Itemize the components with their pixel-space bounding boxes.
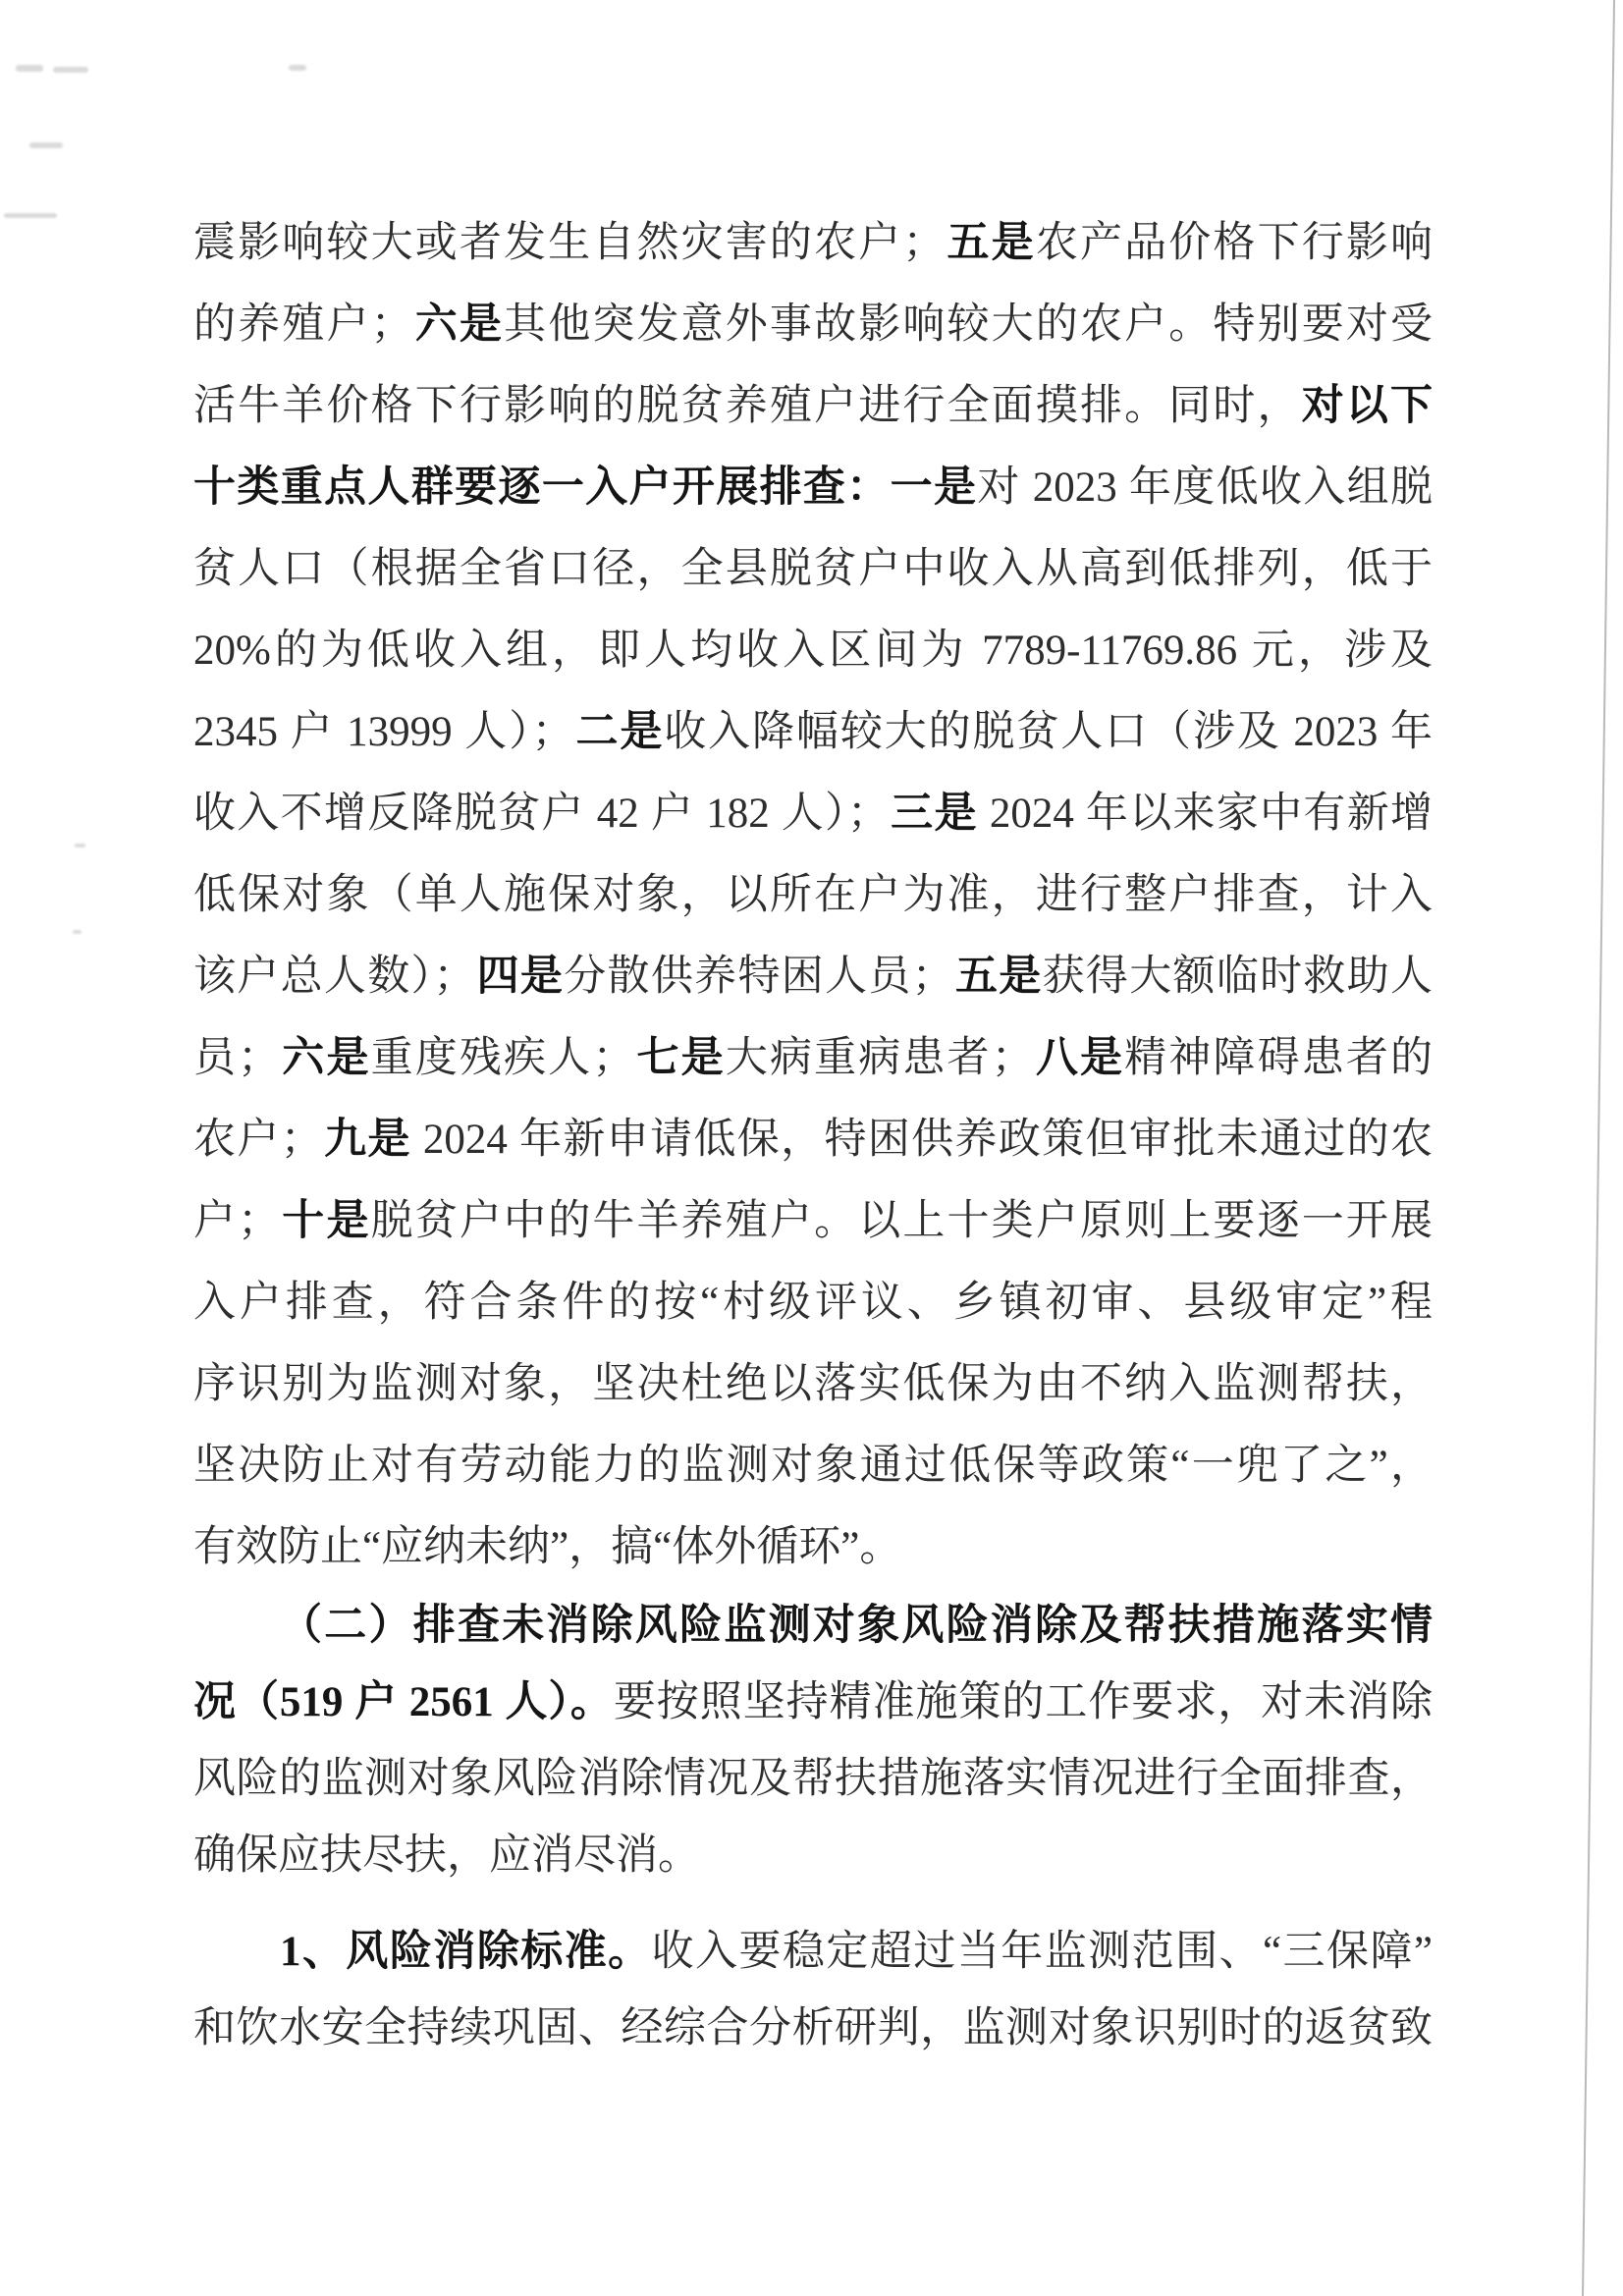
text-run-bold: 对以下 xyxy=(1302,383,1433,429)
text-run-bold: 三是 xyxy=(890,791,978,837)
text-run-bold: 六是 xyxy=(280,1035,370,1081)
text-run-bold: 八是 xyxy=(1034,1035,1124,1081)
scan-smudge xyxy=(29,142,63,148)
text-run: 脱贫户中的牛羊养殖户。以上十类户原则上要逐一开展 xyxy=(371,1198,1433,1244)
text-line: 坚决防止对有劳动能力的监测对象通过低保等政策“一兜了之”， xyxy=(193,1425,1433,1506)
document-page: 震影响较大或者发生自然灾害的农户；五是农产品价格下行影响的养殖户；六是其他突发意… xyxy=(0,0,1623,2296)
text-run-bold: 十是 xyxy=(280,1198,370,1244)
text-run-bold: （二）排查未消除风险监测对象风险消除及帮扶措施落实情 xyxy=(280,1603,1433,1649)
text-run-bold: 十类重点人群要逐一入户开展排查：一是 xyxy=(193,465,977,511)
scan-smudge xyxy=(289,65,306,71)
text-run: 贫人口（根据全省口径，全县脱贫户中收入从高到低排列，低于 xyxy=(193,546,1433,592)
text-run: 该户总人数）； xyxy=(193,954,475,1000)
text-run: 收入降幅较大的脱贫人口（涉及 2023 年 xyxy=(664,709,1433,755)
paragraph-continuation: 震影响较大或者发生自然灾害的农户；五是农产品价格下行影响的养殖户；六是其他突发意… xyxy=(193,202,1433,1588)
text-run: 员； xyxy=(193,1035,280,1081)
text-line: 震影响较大或者发生自然灾害的农户；五是农产品价格下行影响 xyxy=(193,202,1433,284)
text-line: 活牛羊价格下行影响的脱贫养殖户进行全面摸排。同时，对以下 xyxy=(193,365,1433,447)
text-run: 入户排查，符合条件的按“村级评议、乡镇初审、县级审定”程 xyxy=(193,1280,1433,1326)
text-run-bold: 七是 xyxy=(634,1035,725,1081)
text-line: 2345 户 13999 人）；二是收入降幅较大的脱贫人口（涉及 2023 年 xyxy=(193,691,1433,773)
text-run: 2345 户 13999 人）； xyxy=(193,709,574,755)
text-run: 获得大额临时救助人 xyxy=(1043,954,1433,1000)
text-run: 活牛羊价格下行影响的脱贫养殖户进行全面摸排。同时， xyxy=(193,383,1302,429)
text-run-bold: 四是 xyxy=(475,954,564,1000)
text-run: 大病重病患者； xyxy=(726,1035,1034,1081)
text-run: 农产品价格下行影响 xyxy=(1036,220,1433,266)
text-run: 2024 年以来家中有新增 xyxy=(978,791,1433,837)
text-run: 确保应扶尽扶，应消尽消。 xyxy=(193,1832,700,1879)
text-run-bold: 况（519 户 2561 人）。 xyxy=(193,1679,614,1725)
text-run: 坚决防止对有劳动能力的监测对象通过低保等政策“一兜了之”， xyxy=(193,1443,1433,1489)
text-run: 和饮水安全持续巩固、经综合分析研判，监测对象识别时的返贫致 xyxy=(193,2005,1433,2051)
document-body: 震影响较大或者发生自然灾害的农户；五是农产品价格下行影响的养殖户；六是其他突发意… xyxy=(193,202,1433,2067)
text-run: 重度残疾人； xyxy=(371,1035,635,1081)
text-line: 低保对象（单人施保对象，以所在户为准，进行整户排查，计入 xyxy=(193,854,1433,936)
text-run-bold: 六是 xyxy=(413,301,504,348)
text-run: 低保对象（单人施保对象，以所在户为准，进行整户排查，计入 xyxy=(193,872,1433,918)
text-run: 对 2023 年度低收入组脱 xyxy=(977,465,1433,511)
text-run: 要按照坚持精准施策的工作要求，对未消除 xyxy=(614,1679,1433,1725)
text-run: 的养殖户； xyxy=(193,301,413,348)
scan-smudge xyxy=(4,213,57,218)
text-run: 农户； xyxy=(193,1117,323,1163)
text-run-bold: 五是 xyxy=(945,220,1035,266)
paragraph-section-two: （二）排查未消除风险监测对象风险消除及帮扶措施落实情况（519 户 2561 人… xyxy=(193,1588,1433,1894)
text-line: 贫人口（根据全省口径，全县脱贫户中收入从高到低排列，低于 xyxy=(193,528,1433,610)
text-run: 序识别为监测对象，坚决杜绝以落实低保为由不纳入监测帮扶， xyxy=(193,1361,1433,1407)
text-line: 20%的为低收入组，即人均收入区间为 7789-11769.86 元，涉及 xyxy=(193,610,1433,691)
text-line: 况（519 户 2561 人）。要按照坚持精准施策的工作要求，对未消除 xyxy=(193,1665,1433,1741)
scan-smudge xyxy=(53,67,88,73)
text-line: 有效防止“应纳未纳”，搞“体外循环”。 xyxy=(193,1506,1433,1588)
text-run: 其他突发意外事故影响较大的农户。特别要对受 xyxy=(504,301,1433,348)
text-line: 十类重点人群要逐一入户开展排查：一是对 2023 年度低收入组脱 xyxy=(193,447,1433,528)
paragraph-item-one: 1、风险消除标准。收入要稳定超过当年监测范围、“三保障”和饮水安全持续巩固、经综… xyxy=(193,1914,1433,2067)
text-run: 精神障碍患者的 xyxy=(1124,1035,1433,1081)
text-run: 20%的为低收入组，即人均收入区间为 7789-11769.86 元，涉及 xyxy=(193,628,1433,674)
text-run: 分散供养特困人员； xyxy=(564,954,953,1000)
text-run: 收入要稳定超过当年监测范围、“三保障” xyxy=(652,1929,1433,1975)
scan-smudge xyxy=(75,844,85,847)
text-line: 确保应扶尽扶，应消尽消。 xyxy=(193,1818,1433,1894)
text-run: 风险的监测对象风险消除情况及帮扶措施落实情况进行全面排查， xyxy=(193,1756,1433,1802)
text-run-bold: 1、风险消除标准。 xyxy=(280,1929,652,1975)
text-line: 户；十是脱贫户中的牛羊养殖户。以上十类户原则上要逐一开展 xyxy=(193,1180,1433,1262)
text-run-bold: 九是 xyxy=(323,1117,411,1163)
text-line: 的养殖户；六是其他突发意外事故影响较大的农户。特别要对受 xyxy=(193,284,1433,365)
text-line: 和饮水安全持续巩固、经综合分析研判，监测对象识别时的返贫致 xyxy=(193,1991,1433,2067)
text-line: 序识别为监测对象，坚决杜绝以落实低保为由不纳入监测帮扶， xyxy=(193,1343,1433,1425)
text-run-bold: 二是 xyxy=(574,709,665,755)
text-line: 入户排查，符合条件的按“村级评议、乡镇初审、县级审定”程 xyxy=(193,1262,1433,1343)
text-line: 风险的监测对象风险消除情况及帮扶措施落实情况进行全面排查， xyxy=(193,1741,1433,1818)
text-run-bold: 五是 xyxy=(954,954,1043,1000)
scan-smudge xyxy=(16,65,43,72)
text-line: 员；六是重度残疾人；七是大病重病患者；八是精神障碍患者的 xyxy=(193,1017,1433,1099)
text-line: （二）排查未消除风险监测对象风险消除及帮扶措施落实情 xyxy=(193,1588,1433,1665)
text-line: 收入不增反降脱贫户 42 户 182 人）；三是 2024 年以来家中有新增 xyxy=(193,773,1433,854)
text-run: 2024 年新申请低保，特困供养政策但审批未通过的农 xyxy=(411,1117,1433,1163)
text-run: 震影响较大或者发生自然灾害的农户； xyxy=(193,220,945,266)
scan-smudge xyxy=(73,930,81,934)
text-line: 该户总人数）；四是分散供养特困人员；五是获得大额临时救助人 xyxy=(193,936,1433,1017)
text-line: 农户；九是 2024 年新申请低保，特困供养政策但审批未通过的农 xyxy=(193,1099,1433,1180)
text-run: 收入不增反降脱贫户 42 户 182 人）； xyxy=(193,791,890,837)
text-run: 有效防止“应纳未纳”，搞“体外循环”。 xyxy=(193,1524,901,1570)
text-run: 户； xyxy=(193,1198,280,1244)
text-line: 1、风险消除标准。收入要稳定超过当年监测范围、“三保障” xyxy=(193,1914,1433,1991)
